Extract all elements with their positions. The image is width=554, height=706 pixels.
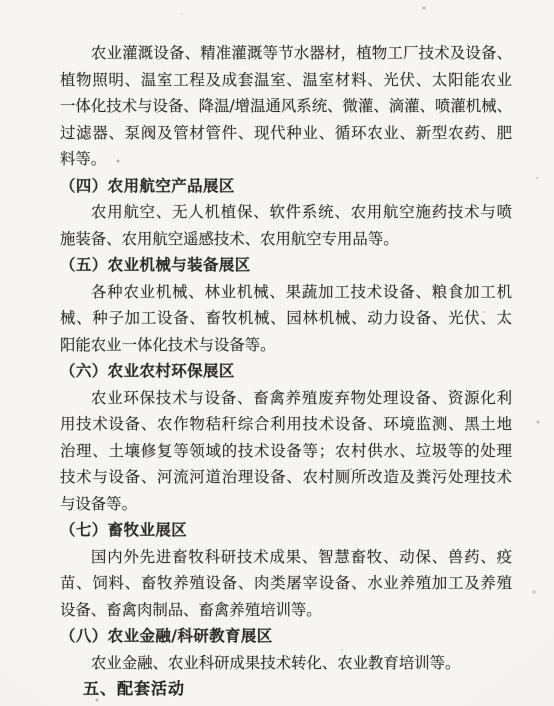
- text-line: 五、配套活动: [60, 676, 512, 703]
- text-line: 阳能农业一体化技术与设备等。: [60, 332, 512, 359]
- text-line: （八）农业金融/科研教育展区: [60, 623, 512, 650]
- text-line: 农业金融、农业科研成果技术转化、农业教育培训等。: [60, 650, 512, 677]
- text-line: 农业灌溉设备、精准灌溉等节水器材，植物工厂技术及设备、: [60, 40, 512, 67]
- scan-noise: [0, 0, 2, 2]
- text-line: （六）农业农村环保展区: [60, 358, 512, 385]
- section-heading: （七）畜牧业展区: [60, 517, 512, 544]
- text-line: 械、种子加工设备、畜牧机械、园林机械、动力设备、光伏、太: [60, 305, 512, 332]
- chapter-heading: 五、配套活动: [60, 676, 512, 703]
- text-line: 各种农业机械、林业机械、果蔬加工技术设备、粮食加工机: [60, 279, 512, 306]
- section-heading: （五）农业机械与装备展区: [60, 252, 512, 279]
- text-line: 过滤器、泵阀及管材管件、现代种业、循环农业、新型农药、肥: [60, 120, 512, 147]
- section-heading: （六）农业农村环保展区: [60, 358, 512, 385]
- text-line: 农用航空、无人机植保、软件系统、农用航空施药技术与喷: [60, 199, 512, 226]
- text-line: 用技术设备、农作物秸秆综合利用技术设备、环境监测、黑土地: [60, 411, 512, 438]
- text-line: 国内外先进畜牧科研技术成果、智慧畜牧、动保、兽药、疫: [60, 544, 512, 571]
- text-line: 农业环保技术与设备、畜禽养殖废弃物处理设备、资源化利: [60, 385, 512, 412]
- document-page: 农业灌溉设备、精准灌溉等节水器材，植物工厂技术及设备、植物照明、温室工程及成套温…: [60, 40, 512, 703]
- text-line: （四）农用航空产品展区: [60, 173, 512, 200]
- text-line: （七）畜牧业展区: [60, 517, 512, 544]
- scanned-document: { "page": { "background_color": "#f3f2ee…: [0, 0, 554, 706]
- section-heading: （八）农业金融/科研教育展区: [60, 623, 512, 650]
- text-line: 料等。: [60, 146, 512, 173]
- text-line: （五）农业机械与装备展区: [60, 252, 512, 279]
- text-line: 植物照明、温室工程及成套温室、温室材料、光伏、太阳能农业: [60, 67, 512, 94]
- text-line: 治理、土壤修复等领域的技术设备等；农村供水、垃圾等的处理: [60, 438, 512, 465]
- section-heading: （四）农用航空产品展区: [60, 173, 512, 200]
- text-line: 技术与设备、河流河道治理设备、农村厕所改造及粪污处理技术: [60, 464, 512, 491]
- text-line: 与设备等。: [60, 491, 512, 518]
- text-line: 施装备、农用航空遥感技术、农用航空专用品等。: [60, 226, 512, 253]
- text-line: 设备、畜禽肉制品、畜禽养殖培训等。: [60, 597, 512, 624]
- text-line: 一体化技术与设备、降温/增温通风系统、微灌、滴灌、喷灌机械、: [60, 93, 512, 120]
- text-line: 苗、饲料、畜牧养殖设备、肉类屠宰设备、水业养殖加工及养殖: [60, 570, 512, 597]
